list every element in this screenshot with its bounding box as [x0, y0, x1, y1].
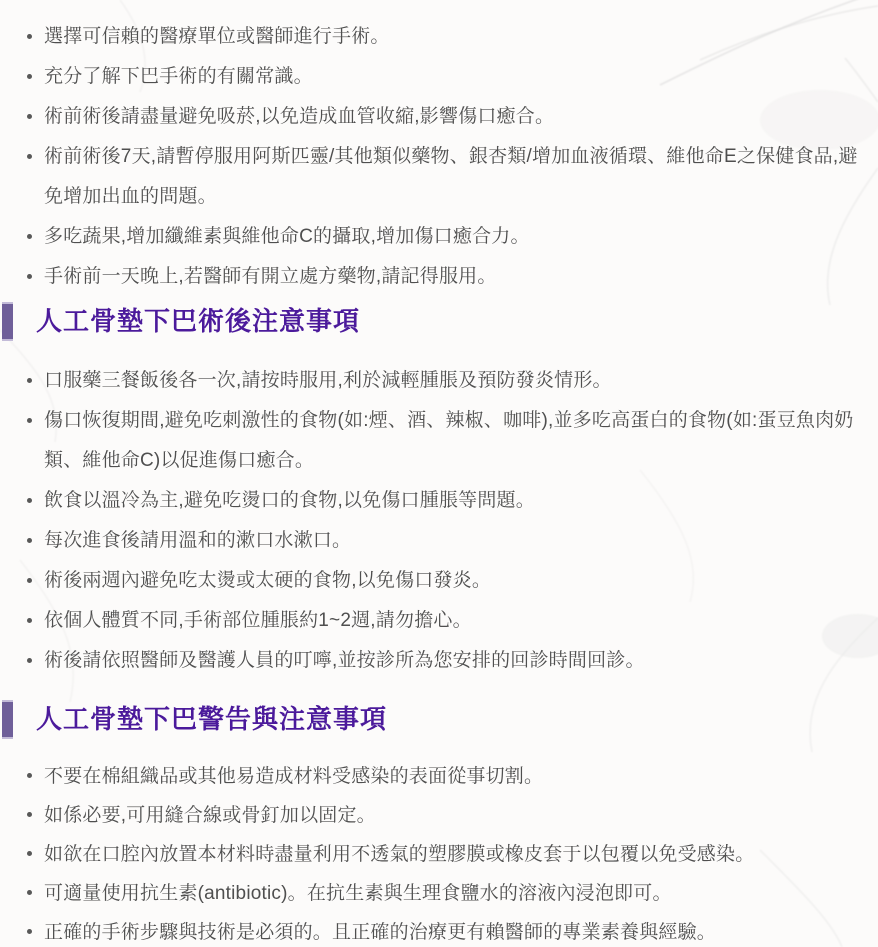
list-item: 飲食以溫冷為主,避免吃燙口的食物,以免傷口腫脹等問題。: [0, 481, 860, 521]
list-item: 傷口恢復期間,避免吃刺激性的食物(如:煙、酒、辣椒、咖啡),並多吃高蛋白的食物(…: [0, 401, 860, 481]
bullet-icon: [27, 812, 32, 817]
list-item: 如欲在口腔內放置本材料時盡量利用不透氣的塑膠膜或橡皮套于以包覆以免受感染。: [0, 835, 860, 874]
list-item-text: 術前術後請盡量避免吸菸,以免造成血管收縮,影響傷口癒合。: [44, 106, 554, 127]
section-heading: 人工骨墊下巴術後注意事項: [0, 302, 860, 341]
bullet-icon: [27, 929, 32, 934]
section-heading: 人工骨墊下巴警告與注意事項: [0, 700, 860, 739]
list-item-text: 如欲在口腔內放置本材料時盡量利用不透氣的塑膠膜或橡皮套于以包覆以免受感染。: [44, 844, 754, 865]
article-page: 選擇可信賴的醫療單位或醫師進行手術。充分了解下巴手術的有關常識。術前術後請盡量避…: [0, 0, 878, 947]
list-item: 術後請依照醫師及醫護人員的叮嚀,並按診所為您安排的回診時間回診。: [0, 641, 860, 681]
list-item-text: 口服藥三餐飯後各一次,請按時服用,利於減輕腫脹及預防發炎情形。: [44, 370, 612, 391]
bullet-icon: [27, 114, 32, 119]
list-item-text: 可適量使用抗生素(antibiotic)。在抗生素與生理食鹽水的溶液內浸泡即可。: [44, 883, 672, 904]
aftercare-content: 選擇可信賴的醫療單位或醫師進行手術。充分了解下巴手術的有關常識。術前術後請盡量避…: [0, 0, 878, 947]
bullet-icon: [27, 773, 32, 778]
bullet-icon: [27, 538, 32, 543]
list-item: 可適量使用抗生素(antibiotic)。在抗生素與生理食鹽水的溶液內浸泡即可。: [0, 874, 860, 913]
bullet-icon: [27, 74, 32, 79]
bullet-icon: [27, 498, 32, 503]
list-item-text: 多吃蔬果,增加纖維素與維他命C的攝取,增加傷口癒合力。: [44, 226, 530, 247]
list-item: 術前術後7天,請暫停服用阿斯匹靈/其他類似藥物、銀杏類/增加血液循環、維他命E之…: [0, 137, 860, 217]
list-item: 多吃蔬果,增加纖維素與維他命C的攝取,增加傷口癒合力。: [0, 217, 860, 257]
list-item: 依個人體質不同,手術部位腫脹約1~2週,請勿擔心。: [0, 601, 860, 641]
list-item: 每次進食後請用溫和的漱口水漱口。: [0, 521, 860, 561]
section-heading-text: 人工骨墊下巴術後注意事項: [36, 306, 360, 336]
list-item-text: 每次進食後請用溫和的漱口水漱口。: [44, 530, 351, 551]
bullet-icon: [27, 234, 32, 239]
bullet-list: 選擇可信賴的醫療單位或醫師進行手術。充分了解下巴手術的有關常識。術前術後請盡量避…: [0, 17, 860, 297]
list-item-text: 術後請依照醫師及醫護人員的叮嚀,並按診所為您安排的回診時間回診。: [44, 650, 645, 671]
list-item: 手術前一天晚上,若醫師有開立處方藥物,請記得服用。: [0, 257, 860, 297]
list-item-text: 術後兩週內避免吃太燙或太硬的食物,以免傷口發炎。: [44, 570, 491, 591]
list-item-text: 飲食以溫冷為主,避免吃燙口的食物,以免傷口腫脹等問題。: [44, 490, 535, 511]
list-item: 術前術後請盡量避免吸菸,以免造成血管收縮,影響傷口癒合。: [0, 97, 860, 137]
list-item: 口服藥三餐飯後各一次,請按時服用,利於減輕腫脹及預防發炎情形。: [0, 361, 860, 401]
list-item: 充分了解下巴手術的有關常識。: [0, 57, 860, 97]
bullet-list: 口服藥三餐飯後各一次,請按時服用,利於減輕腫脹及預防發炎情形。傷口恢復期間,避免…: [0, 361, 860, 681]
list-item: 不要在棉組織品或其他易造成材料受感染的表面從事切割。: [0, 757, 860, 796]
heading-accent-bar: [2, 700, 13, 739]
bullet-icon: [27, 34, 32, 39]
list-item-text: 正確的手術步驟與技術是必須的。且正確的治療更有賴醫師的專業素養與經驗。: [44, 922, 716, 943]
bullet-icon: [27, 851, 32, 856]
list-item-text: 如係必要,可用縫合線或骨釘加以固定。: [44, 805, 376, 826]
bullet-icon: [27, 418, 32, 423]
bullet-list: 不要在棉組織品或其他易造成材料受感染的表面從事切割。如係必要,可用縫合線或骨釘加…: [0, 757, 860, 947]
bullet-icon: [27, 578, 32, 583]
list-item: 正確的手術步驟與技術是必須的。且正確的治療更有賴醫師的專業素養與經驗。: [0, 913, 860, 947]
list-item-text: 傷口恢復期間,避免吃刺激性的食物(如:煙、酒、辣椒、咖啡),並多吃高蛋白的食物(…: [44, 410, 854, 471]
bullet-icon: [27, 658, 32, 663]
heading-accent-bar: [2, 302, 13, 341]
list-item-text: 依個人體質不同,手術部位腫脹約1~2週,請勿擔心。: [44, 610, 472, 631]
bullet-icon: [27, 378, 32, 383]
list-item-text: 手術前一天晚上,若醫師有開立處方藥物,請記得服用。: [44, 266, 497, 287]
list-item-text: 不要在棉組織品或其他易造成材料受感染的表面從事切割。: [44, 766, 543, 787]
list-item: 術後兩週內避免吃太燙或太硬的食物,以免傷口發炎。: [0, 561, 860, 601]
list-item-text: 選擇可信賴的醫療單位或醫師進行手術。: [44, 26, 390, 47]
section-heading-text: 人工骨墊下巴警告與注意事項: [36, 704, 387, 734]
bullet-icon: [27, 154, 32, 159]
list-item-text: 術前術後7天,請暫停服用阿斯匹靈/其他類似藥物、銀杏類/增加血液循環、維他命E之…: [44, 146, 858, 207]
bullet-icon: [27, 274, 32, 279]
list-item: 選擇可信賴的醫療單位或醫師進行手術。: [0, 17, 860, 57]
bullet-icon: [27, 618, 32, 623]
list-item-text: 充分了解下巴手術的有關常識。: [44, 66, 313, 87]
bullet-icon: [27, 890, 32, 895]
list-item: 如係必要,可用縫合線或骨釘加以固定。: [0, 796, 860, 835]
